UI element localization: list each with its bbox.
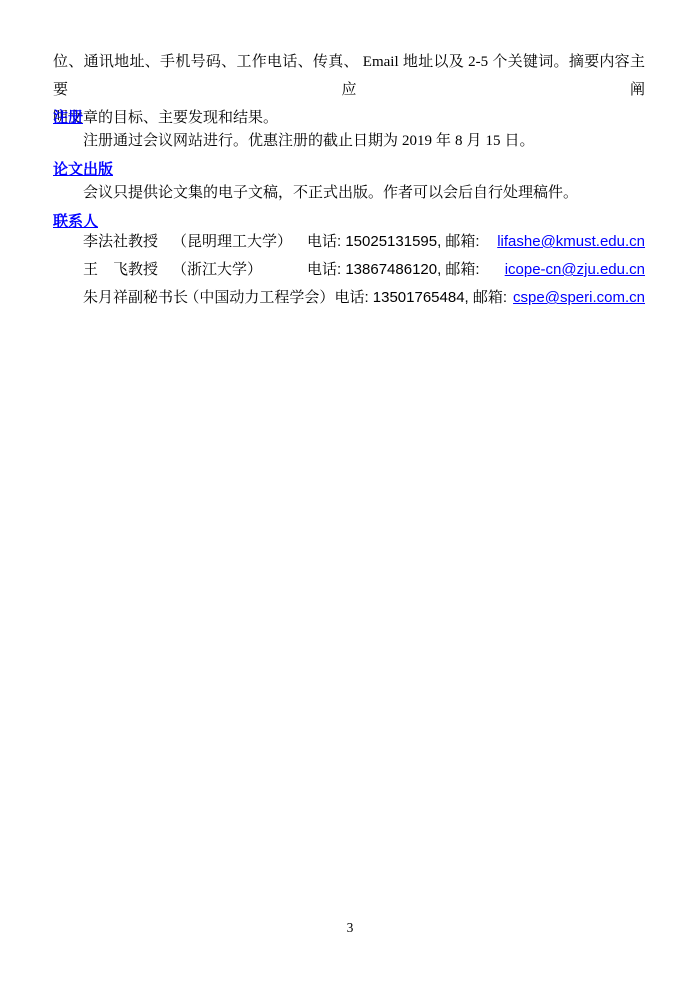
contact-email-link[interactable]: lifashe@kmust.edu.cn bbox=[491, 228, 645, 256]
intro-text-segment: 位、通讯地址、手机号码、工作电话、传真、 bbox=[53, 53, 359, 70]
contact-name: 朱月祥副秘书长 bbox=[83, 284, 184, 312]
contact-email-link[interactable]: icope-cn@zju.edu.cn bbox=[499, 256, 645, 284]
registration-text-segment: 年 bbox=[436, 132, 451, 149]
intro-latin-keyword-count: 2-5 bbox=[468, 54, 488, 70]
contact-org: （昆明理工大学） bbox=[172, 228, 292, 256]
contact-name: 王 飞教授 bbox=[83, 256, 172, 284]
contact-email-link[interactable]: cspe@speri.com.cn bbox=[507, 284, 645, 312]
contact-org: （浙江大学） bbox=[172, 256, 262, 284]
section-heading-publication: 论文出版 bbox=[53, 160, 645, 180]
contact-row: 朱月祥副秘书长（中国动力工程学会） 电话: 13501765484, 邮箱: c… bbox=[83, 284, 645, 312]
intro-latin-email-word: Email bbox=[363, 54, 399, 70]
contact-list: 李法社教授（昆明理工大学） 电话: 15025131595, 邮箱: lifas… bbox=[83, 228, 645, 312]
contact-name-org: 王 飞教授（浙江大学） bbox=[83, 256, 307, 284]
contact-row: 王 飞教授（浙江大学） 电话: 13867486120, 邮箱: icope-c… bbox=[83, 256, 645, 284]
contact-phone: 电话: 13501765484, 邮箱: bbox=[334, 284, 507, 312]
contact-name-org: 朱月祥副秘书长（中国动力工程学会） bbox=[83, 284, 334, 312]
contact-phone: 电话: 13867486120, 邮箱: bbox=[307, 256, 480, 284]
registration-year: 2019 bbox=[402, 133, 432, 149]
contact-org: （中国动力工程学会） bbox=[184, 284, 334, 312]
registration-paragraph: 注册通过会议网站进行。优惠注册的截止日期为2019年8月15日。 bbox=[53, 127, 645, 155]
contact-name-org: 李法社教授（昆明理工大学） bbox=[83, 228, 307, 256]
contact-name: 李法社教授 bbox=[83, 228, 172, 256]
publication-paragraph: 会议只提供论文集的电子文稿，不正式出版。作者可以会后自行处理稿件。 bbox=[53, 179, 645, 207]
contact-row: 李法社教授（昆明理工大学） 电话: 15025131595, 邮箱: lifas… bbox=[83, 228, 645, 256]
registration-month: 8 bbox=[455, 133, 463, 149]
intro-line-1: 位、通讯地址、手机号码、工作电话、传真、Email地址以及2-5个关键词。摘要内… bbox=[53, 48, 645, 104]
document-page: 位、通讯地址、手机号码、工作电话、传真、Email地址以及2-5个关键词。摘要内… bbox=[0, 0, 700, 990]
registration-text-segment: 月 bbox=[467, 132, 482, 149]
registration-text-segment: 日。 bbox=[505, 132, 535, 149]
registration-day: 15 bbox=[486, 133, 501, 149]
contact-phone: 电话: 15025131595, 邮箱: bbox=[307, 228, 480, 256]
section-heading-registration: 注册 bbox=[53, 108, 645, 128]
intro-text-segment: 地址以及 bbox=[403, 53, 464, 70]
page-number: 3 bbox=[0, 920, 700, 936]
registration-text-segment: 注册通过会议网站进行。优惠注册的截止日期为 bbox=[83, 132, 398, 149]
